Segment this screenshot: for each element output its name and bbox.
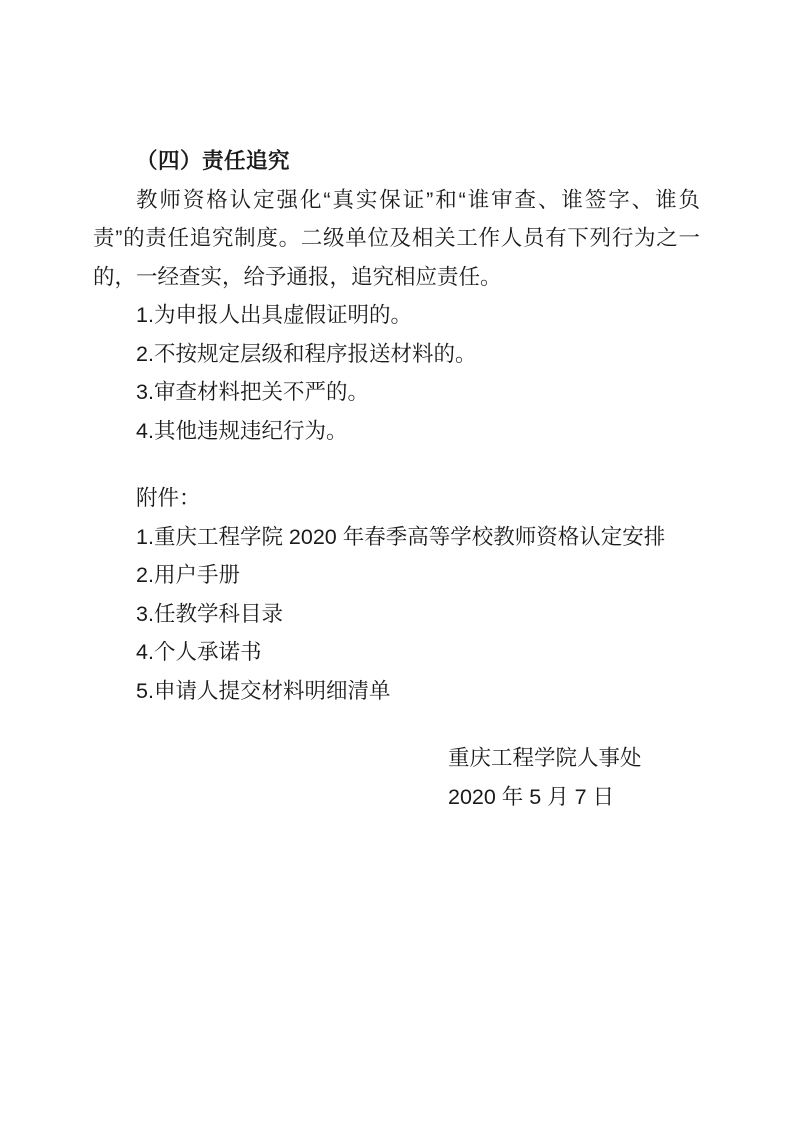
signature-date: 2020 年 5 月 7 日 bbox=[448, 778, 700, 817]
violation-text: 不按规定层级和程序报送材料的。 bbox=[154, 342, 477, 366]
document-page: （四）责任追究 教师资格认定强化“真实保证”和“谁审查、谁签字、谁负责”的责任追… bbox=[0, 0, 793, 1122]
attachment-number: 1. bbox=[136, 525, 154, 549]
attachment-item: 5.申请人提交材料明细清单 bbox=[93, 672, 700, 711]
intro-paragraph: 教师资格认定强化“真实保证”和“谁审查、谁签字、谁负责”的责任追究制度。二级单位… bbox=[93, 181, 700, 297]
attachment-text: 重庆工程学院 2020 年春季高等学校教师资格认定安排 bbox=[154, 525, 665, 549]
violation-number: 4. bbox=[136, 419, 154, 443]
violation-text: 其他违规违纪行为。 bbox=[154, 419, 348, 443]
attachment-text: 申请人提交材料明细清单 bbox=[154, 679, 391, 703]
violation-number: 3. bbox=[136, 380, 154, 404]
document-content: （四）责任追究 教师资格认定强化“真实保证”和“谁审查、谁签字、谁负责”的责任追… bbox=[93, 142, 700, 816]
violation-text: 为申报人出具虚假证明的。 bbox=[154, 303, 412, 327]
attachment-text: 个人承诺书 bbox=[154, 640, 262, 664]
attachment-item: 2.用户手册 bbox=[93, 556, 700, 595]
attachment-item: 1.重庆工程学院 2020 年春季高等学校教师资格认定安排 bbox=[93, 518, 700, 557]
attachment-item: 4.个人承诺书 bbox=[93, 633, 700, 672]
signature-org: 重庆工程学院人事处 bbox=[448, 739, 700, 778]
attachment-text: 用户手册 bbox=[154, 563, 240, 587]
violation-number: 1. bbox=[136, 303, 154, 327]
violation-text: 审查材料把关不严的。 bbox=[154, 380, 369, 404]
violation-item: 1.为申报人出具虚假证明的。 bbox=[93, 296, 700, 335]
attachment-number: 2. bbox=[136, 563, 154, 587]
violation-item: 3.审查材料把关不严的。 bbox=[93, 373, 700, 412]
violation-item: 2.不按规定层级和程序报送材料的。 bbox=[93, 335, 700, 374]
attachment-item: 3.任教学科目录 bbox=[93, 595, 700, 634]
attachment-number: 5. bbox=[136, 679, 154, 703]
section-heading: （四）责任追究 bbox=[93, 142, 700, 181]
attachments-label: 附件： bbox=[93, 479, 700, 518]
attachment-number: 3. bbox=[136, 602, 154, 626]
attachment-text: 任教学科目录 bbox=[154, 602, 283, 626]
violation-item: 4.其他违规违纪行为。 bbox=[93, 412, 700, 451]
violation-number: 2. bbox=[136, 342, 154, 366]
attachment-number: 4. bbox=[136, 640, 154, 664]
